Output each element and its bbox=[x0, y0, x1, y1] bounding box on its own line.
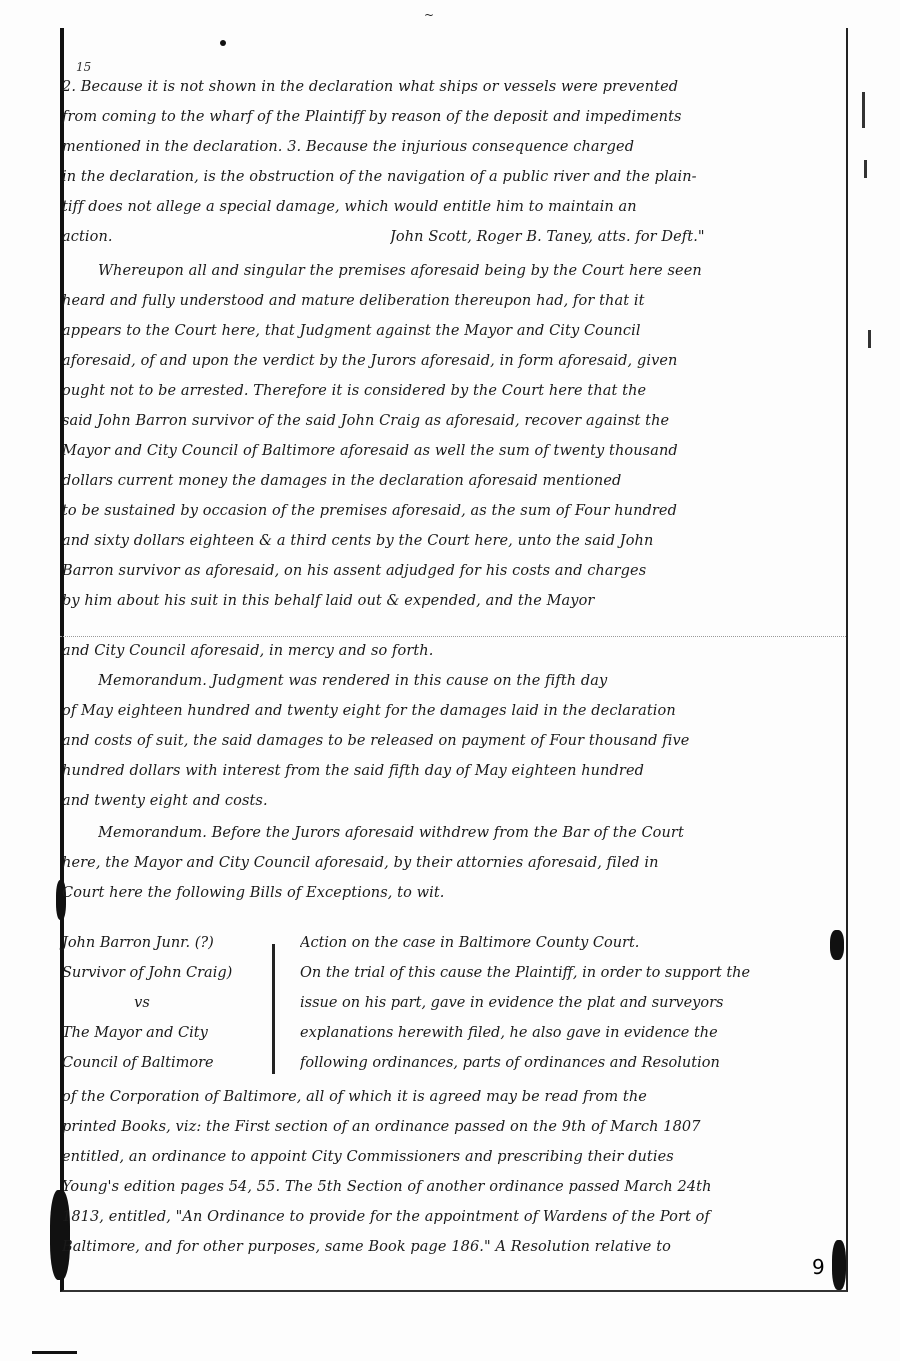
text-line: dollars current money the damages in the… bbox=[62, 466, 834, 496]
attorney-signature: John Scott, Roger B. Taney, atts. for De… bbox=[390, 222, 834, 252]
ink-blot bbox=[832, 1240, 846, 1290]
document-page: ~ 15 2. Because it is not shown in the d… bbox=[0, 0, 900, 1361]
text-line: Mayor and City Council of Baltimore afor… bbox=[62, 436, 834, 466]
caption-bracket bbox=[272, 944, 275, 1074]
text-line: tiff does not allege a special damage, w… bbox=[62, 192, 834, 222]
text-line: and twenty eight and costs. bbox=[62, 786, 834, 816]
text-line: issue on his part, gave in evidence the … bbox=[300, 988, 834, 1018]
versus: vs bbox=[62, 988, 222, 1018]
defendant-name: The Mayor and City bbox=[62, 1018, 262, 1048]
text-line: Court here the following Bills of Except… bbox=[62, 878, 834, 908]
text-line: Young's edition pages 54, 55. The 5th Se… bbox=[62, 1172, 834, 1202]
page-number: 9 bbox=[812, 1255, 825, 1279]
text-line: Baltimore, and for other purposes, same … bbox=[62, 1232, 834, 1262]
text-line: 2. Because it is not shown in the declar… bbox=[62, 72, 834, 102]
text-line: in the declaration, is the obstruction o… bbox=[62, 162, 834, 192]
text-line: Whereupon all and singular the premises … bbox=[98, 256, 834, 286]
text-line: appears to the Court here, that Judgment… bbox=[62, 316, 834, 346]
case-caption-text: Action on the case in Baltimore County C… bbox=[300, 928, 834, 1078]
text-line: here, the Mayor and City Council aforesa… bbox=[62, 848, 834, 878]
text-line: and City Council aforesaid, in mercy and… bbox=[62, 636, 834, 666]
text-line: ought not to be arrested. Therefore it i… bbox=[62, 376, 834, 406]
text-line: Memorandum. Judgment was rendered in thi… bbox=[98, 666, 834, 696]
plaintiff-name: John Barron Junr. (?) bbox=[62, 928, 262, 958]
text-line: 1813, entitled, "An Ordinance to provide… bbox=[62, 1202, 834, 1232]
text-line: and costs of suit, the said damages to b… bbox=[62, 726, 834, 756]
text-line: by him about his suit in this behalf lai… bbox=[62, 586, 834, 616]
text-line: Memorandum. Before the Jurors aforesaid … bbox=[98, 818, 834, 848]
text-line: On the trial of this cause the Plaintiff… bbox=[300, 958, 834, 988]
text-line: Barron survivor as aforesaid, on his ass… bbox=[62, 556, 834, 586]
text-line: following ordinances, parts of ordinance… bbox=[300, 1048, 834, 1078]
margin-mark bbox=[864, 160, 867, 178]
text-line: from coming to the wharf of the Plaintif… bbox=[62, 102, 834, 132]
text-line: to be sustained by occasion of the premi… bbox=[62, 496, 834, 526]
text-line: explanations herewith filed, he also gav… bbox=[300, 1018, 834, 1048]
text-line: hundred dollars with interest from the s… bbox=[62, 756, 834, 786]
plaintiff-role: Survivor of John Craig) bbox=[62, 958, 262, 988]
text-line: and sixty dollars eighteen & a third cen… bbox=[62, 526, 834, 556]
ink-speck bbox=[220, 40, 226, 46]
text-line: entitled, an ordinance to appoint City C… bbox=[62, 1142, 834, 1172]
text-line: of May eighteen hundred and twenty eight… bbox=[62, 696, 834, 726]
margin-mark bbox=[862, 92, 865, 128]
text-line: aforesaid, of and upon the verdict by th… bbox=[62, 346, 834, 376]
text-line: printed Books, viz: the First section of… bbox=[62, 1112, 834, 1142]
case-caption-parties: John Barron Junr. (?) Survivor of John C… bbox=[62, 928, 262, 1078]
text-line: of the Corporation of Baltimore, all of … bbox=[62, 1082, 834, 1112]
defendant-name-cont: Council of Baltimore bbox=[62, 1048, 262, 1078]
text-line: said John Barron survivor of the said Jo… bbox=[62, 406, 834, 436]
text-line: Action on the case in Baltimore County C… bbox=[300, 928, 834, 958]
bottom-rule bbox=[32, 1351, 77, 1354]
text-line: heard and fully understood and mature de… bbox=[62, 286, 834, 316]
margin-mark bbox=[868, 330, 871, 348]
text-line: mentioned in the declaration. 3. Because… bbox=[62, 132, 834, 162]
top-mark: ~ bbox=[424, 8, 434, 22]
